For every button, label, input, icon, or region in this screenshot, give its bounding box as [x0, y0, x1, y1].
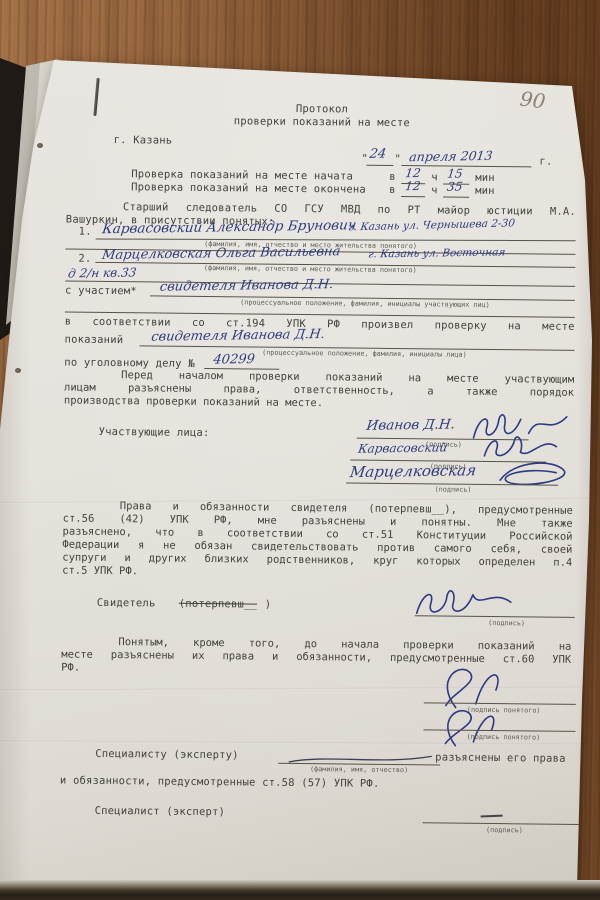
desk-edge-shadow-band	[0, 880, 600, 900]
witness1-name-handwritten: Карвасовский Александр Брунович	[101, 217, 357, 237]
date-close-quote: "	[394, 153, 401, 165]
time-h-unit: ч	[431, 171, 438, 183]
participant-handwritten: свидетеля Иванова Д.Н.	[159, 277, 334, 295]
witness-row-label: Свидетель	[97, 597, 156, 610]
time-started-in: в	[389, 171, 396, 183]
witness2-address-handwritten: г. Казань ул. Восточная	[368, 246, 507, 260]
specialist-dash-mark	[481, 815, 503, 817]
date-day-handwritten: 24	[369, 147, 387, 162]
witness1-address-handwritten: г. Казань ул. Чернышева 2-30	[348, 217, 516, 233]
participants-label: Участвующие лица:	[99, 426, 210, 439]
document-content: Протокол проверки показаний на месте г. …	[0, 0, 600, 900]
time-line	[443, 196, 469, 197]
witness2-number: 2.	[78, 253, 91, 265]
city-label: г. Казань	[114, 134, 173, 147]
date-monthyear-handwritten: апреля 2013	[408, 148, 493, 164]
witness-signature-caption: (подпись)	[452, 619, 562, 628]
witness1-number: 1.	[79, 226, 92, 238]
time-ended-label: Проверка показаний на месте окончена	[131, 181, 366, 195]
participation-label: с участием*	[65, 285, 137, 298]
ponyaty2-signature-caption: (подпись понятого)	[433, 732, 573, 741]
signature-ivanov-name: Иванов Д.Н.	[366, 416, 456, 433]
time-h-unit: ч	[431, 184, 438, 196]
case-number-handwritten: 40299	[212, 352, 255, 368]
victim-tail-text: )	[265, 599, 272, 611]
specialist-line2: и обязанности, предусмотренные ст.58 (57…	[60, 775, 380, 790]
time-started-label: Проверка показаний на месте начата	[131, 168, 353, 182]
signature-martsel-name: Марцелковская	[349, 461, 477, 481]
time-min-unit: мин	[475, 172, 495, 184]
specialist-signature-caption: (подпись)	[449, 826, 559, 835]
specialist-rights-tail: разъяснены его права	[435, 751, 566, 764]
page-number-handwritten: 90	[519, 87, 547, 114]
specialist-label: Специалист (эксперт)	[95, 805, 226, 818]
date-day-line	[366, 165, 393, 166]
victim-struck-text: (потерпевш__	[179, 598, 257, 611]
time-ended-in: в	[389, 184, 396, 196]
time-ended-hour: 12	[404, 179, 421, 193]
time-min-unit: мин	[475, 185, 495, 197]
rights-paragraph: Права и обязанности свидетеля (потерпевш…	[62, 500, 573, 584]
ponyaty2-signature-flourish	[427, 701, 527, 748]
witness2-name-handwritten: Марцелковская Ольга Васильевна	[101, 244, 341, 263]
paper-sheet: Протокол проверки показаний на месте г. …	[0, 0, 600, 900]
signature-caption-3: (подпись)	[398, 485, 508, 494]
testimony-label: показаний	[65, 334, 124, 347]
specialist-signature-line	[423, 822, 581, 825]
date-suffix: г.	[539, 156, 552, 168]
hole-punch-mark	[37, 143, 43, 148]
specialist-to-label: Специалисту (эксперту)	[95, 748, 239, 762]
signature-karvsovsky-name: Карвасовский	[357, 440, 448, 455]
testimony-handwritten: свидетеля Иванова Д.Н.	[150, 327, 325, 345]
photographed-protocol-page: Протокол проверки показаний на месте г. …	[0, 0, 600, 900]
witness2-address2-handwritten: д 2/н кв.33	[67, 265, 137, 280]
hole-punch-mark-2	[15, 368, 21, 373]
date-open-quote: "	[361, 153, 368, 165]
intro-paragraph: Перед началом проверки показаний на мест…	[64, 369, 574, 414]
time-ended-min: 35	[446, 180, 463, 194]
paper-sheet-wrapper: Протокол проверки показаний на месте г. …	[0, 0, 600, 900]
specialist-fio-caption: (фамилия, имя, отчество)	[278, 765, 440, 775]
time-line	[401, 196, 425, 197]
